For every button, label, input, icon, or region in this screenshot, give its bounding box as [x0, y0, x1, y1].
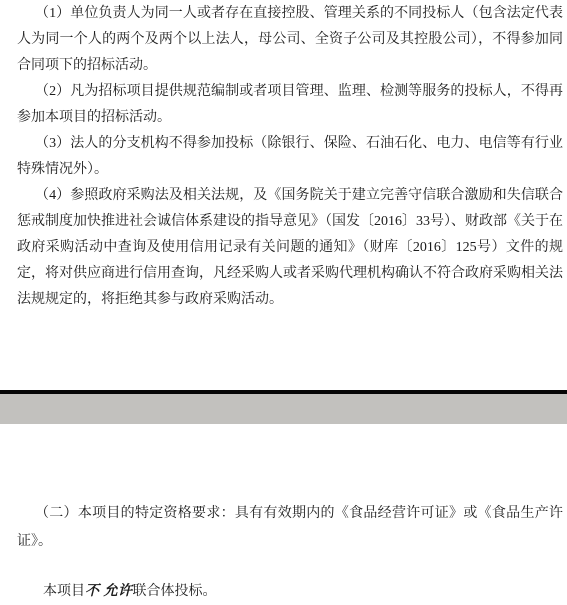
page-1: （1）单位负责人为同一人或者存在直接控股、管理关系的不同投标人（包含法定代表 人…	[0, 0, 567, 390]
text-line: （2）凡为招标项目提供规范编制或者项目管理、监理、检测等服务的投标人，不得再	[17, 79, 563, 105]
text-line: 合同项下的招标活动。	[17, 53, 563, 79]
text-line: 政府采购活动中查询及使用信用记录有关问题的通知》（财库〔2016〕125号）文件…	[17, 235, 563, 261]
text-line: （1）单位负责人为同一人或者存在直接控股、管理关系的不同投标人（包含法定代表	[17, 1, 563, 27]
page-2: （二）本项目的特定资格要求：具有有效期内的《食品经营许可证》或《食品生产许可 证…	[0, 424, 567, 605]
text-line: 法规规定的，将拒绝其参与政府采购活动。	[17, 287, 563, 313]
text-line: 特殊情况外）。	[17, 157, 563, 183]
text-line: 定，将对供应商进行信用查询，凡经采购人或者采购代理机构确认不符合政府采购相关法律	[17, 261, 563, 287]
joint-bid-prefix: 本项目	[43, 584, 85, 599]
document-viewport: { "document": { "page1_lines": [ "（1）单位负…	[0, 0, 567, 605]
text-line: 证》。	[17, 528, 563, 556]
text-line: 参加本项目的招标活动。	[17, 105, 563, 131]
text-line: 惩戒制度加快推进社会诚信体系建设的指导意见》（国发〔2016〕33号）、财政部《…	[17, 209, 563, 235]
joint-bid-suffix: 联合体投标。	[133, 584, 217, 599]
page-gap-band	[0, 394, 567, 424]
text-line: 人为同一个人的两个及两个以上法人，母公司、全资子公司及其控股公司），不得参加同一	[17, 27, 563, 53]
text-line: （3）法人的分支机构不得参加投标（除银行、保险、石油石化、电力、电信等有行业	[17, 131, 563, 157]
joint-bid-line: 本项目不 允许联合体投标。	[17, 578, 563, 605]
text-line: （二）本项目的特定资格要求：具有有效期内的《食品经营许可证》或《食品生产许可	[17, 500, 563, 528]
joint-bid-emphasis: 不 允许	[85, 584, 133, 599]
text-line: （4）参照政府采购法及相关法规，及《国务院关于建立完善守信联合激励和失信联合	[17, 183, 563, 209]
